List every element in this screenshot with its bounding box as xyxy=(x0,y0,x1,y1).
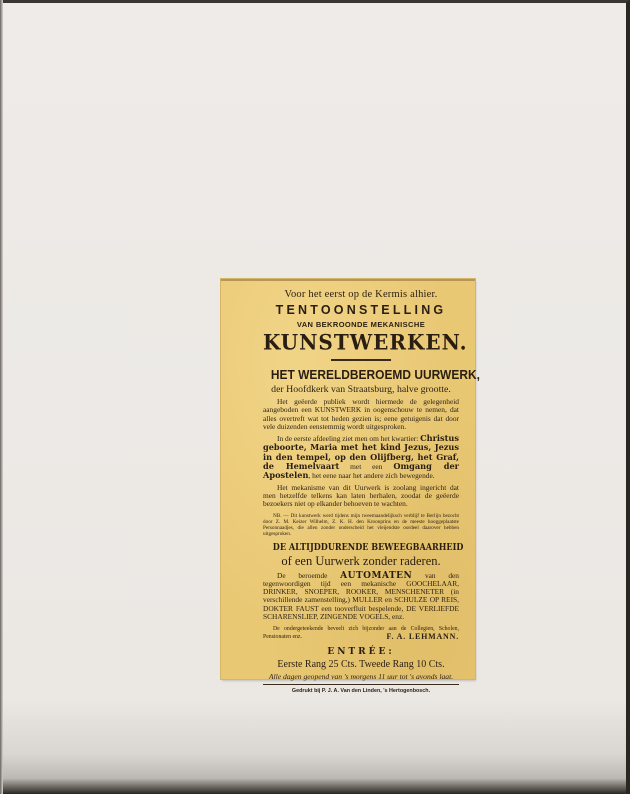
signature: F. A. LEHMANN. xyxy=(387,633,459,641)
poster-sheet: Voor het eerst op de Kermis alhier. TENT… xyxy=(221,279,475,679)
recommendation: De ondergeteekende beveelt zich bijzonde… xyxy=(263,625,459,641)
intro-line: Voor het eerst op de Kermis alhier. xyxy=(263,289,459,300)
prices: Eerste Rang 25 Cts. Tweede Rang 10 Cts. xyxy=(263,659,459,670)
opening-hours: Alle dagen geopend van 's morgens 11 uur… xyxy=(263,672,459,681)
board-edge xyxy=(0,0,3,794)
paragraph-automaten: De beroemde AUTOMATEN van den tegenwoord… xyxy=(263,572,459,622)
paragraph-intro: Het geëerde publiek wordt hiermede de ge… xyxy=(263,398,459,431)
divider-short xyxy=(331,359,391,361)
heading-kunstwerken: KUNSTWERKEN. xyxy=(263,329,459,354)
section-beweegbaarheid-subtitle: of een Uurwerk zonder raderen. xyxy=(263,554,459,569)
scenes-end: , het eene naar het andere zich bewegend… xyxy=(308,471,434,480)
entree-heading: ENTRÉE: xyxy=(263,647,459,657)
footnote-nb: NB. — Dit kunstwerk werd tijdens mijn tw… xyxy=(263,513,459,537)
section-beweegbaarheid-title: DE ALTIJDDURENDE BEWEEGBAARHEID xyxy=(273,543,449,553)
section-uurwerk-title: HET WERELDBEROEMD UURWERK, xyxy=(271,367,451,382)
section-uurwerk-subtitle: der Hoofdkerk van Straatsburg, halve gro… xyxy=(263,384,459,395)
automaten-end: van den tegenwoordigen tijd een mekanisc… xyxy=(263,571,459,621)
scenes-mid: met een xyxy=(339,462,393,471)
heading-subtitle: VAN BEKROONDE MEKANISCHE xyxy=(263,320,459,329)
heading-tentoonstelling: TENTOONSTELLING xyxy=(263,303,459,317)
poster-content: Voor het eerst op de Kermis alhier. TENT… xyxy=(263,287,459,694)
divider-long xyxy=(263,684,459,685)
paragraph-scenes: In de eerste afdeeling ziet men om het k… xyxy=(263,434,459,480)
printer-credit: Gedrukt bij P. J. A. Van den Linden, 's … xyxy=(263,688,459,694)
paragraph-mechanism: Het mekanisme van dit Uurwerk is zoolang… xyxy=(263,484,459,509)
